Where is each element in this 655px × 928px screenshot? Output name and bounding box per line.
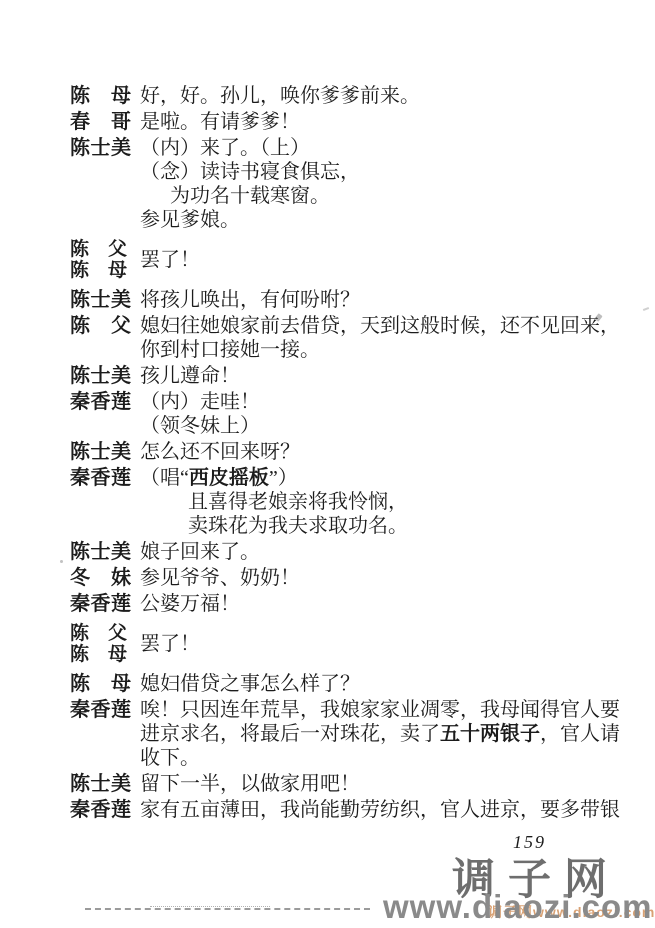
dialogue-segment: ，官人请 [540,723,620,745]
dialogue-entry-joint: 陈 父 陈 母 罢了！ [70,239,626,281]
dialogue-entry: 陈 母 媳妇借贷之事怎么样了？ [70,672,626,696]
speaker-label: 秦香莲 [70,466,132,490]
dialogue-entry: 秦香莲 家有五亩薄田，我尚能勤劳纺织，官人进京，要多带银 [70,798,626,822]
tune-suffix: ”） [269,467,298,489]
speaker-label: 陈士美 [70,136,132,160]
dialogue-line: 进京求名，将最后一对珠花，卖了五十两银子，官人请 [140,722,626,746]
stage-direction-line: （领冬妹上） [140,414,626,438]
tune-prefix: （唱“ [140,467,189,489]
scan-artifact-dotted-line [150,906,270,907]
dialogue-line: 罢了！ [140,632,626,656]
dialogue-line: 媳妇借贷之事怎么样了？ [140,672,626,696]
speaker-label: 陈 母 [70,84,132,108]
sung-verse-line: 且喜得老娘亲将我怜悯， [140,490,626,514]
speaker-label: 春 哥 [70,110,132,134]
speaker-label: 秦香莲 [70,698,132,722]
dialogue-line: 参见爹娘。 [140,208,626,232]
dialogue-text: 罢了！ [140,632,626,656]
dialogue-line: 罢了！ [140,248,626,272]
verse-line: 为功名十载寒窗。 [140,184,626,208]
play-script-text: 陈 母 好，好。孙儿，唤你爹爹前来。 春 哥 是啦。有请爹爹！ 陈士美 （内）来… [70,84,626,824]
dialogue-entry: 陈士美 （内）来了。（上） （念）读诗书寝食俱忘， 为功名十载寒窗。 参见爹娘。 [70,136,626,232]
dialogue-text: 媳妇往她娘家前去借贷，天到这般时候，还不见回来， 你到村口接她一接。 [140,314,626,362]
dialogue-entry: 秦香莲 （唱“西皮摇板”） 且喜得老娘亲将我怜悯， 卖珠花为我夫求取功名。 [70,466,626,538]
dialogue-text: （内）走哇！ （领冬妹上） [140,390,626,438]
speaker-label: 陈士美 [70,364,132,388]
dialogue-line: 娘子回来了。 [140,540,626,564]
tune-direction-line: （唱“西皮摇板”） [140,466,626,490]
dialogue-text: 是啦。有请爹爹！ [140,110,626,134]
dialogue-entry: 春 哥 是啦。有请爹爹！ [70,110,626,134]
dialogue-line: （念）读诗书寝食俱忘， [140,160,626,184]
scan-artifact-dashed-line [85,908,370,910]
dialogue-entry: 秦香莲 （内）走哇！ （领冬妹上） [70,390,626,438]
speaker-label: 冬 妹 [70,566,132,590]
speaker-label: 秦香莲 [70,798,132,822]
dialogue-text: 参见爷爷、奶奶！ [140,566,626,590]
scan-artifact-speck [60,560,63,563]
dialogue-line: （内）来了。（上） [140,136,626,160]
dialogue-text: 好，好。孙儿，唤你爹爹前来。 [140,84,626,108]
dialogue-line: 收下。 [140,746,626,770]
dialogue-text: 将孩儿唤出，有何吩咐？ [140,288,626,312]
dialogue-entry: 秦香莲 公婆万福！ [70,592,626,616]
dialogue-entry-joint: 陈 父 陈 母 罢了！ [70,623,626,665]
speaker-label: 陈 母 [70,672,132,696]
dialogue-line: 将孩儿唤出，有何吩咐？ [140,288,626,312]
speaker-label-stack: 陈 父 陈 母 [70,239,132,281]
speaker-label: 陈士美 [70,288,132,312]
dialogue-text: 媳妇借贷之事怎么样了？ [140,672,626,696]
dialogue-entry: 陈 父 媳妇往她娘家前去借贷，天到这般时候，还不见回来， 你到村口接她一接。 [70,314,626,362]
dialogue-text: （唱“西皮摇板”） 且喜得老娘亲将我怜悯， 卖珠花为我夫求取功名。 [140,466,626,538]
speaker-label: 陈士美 [70,540,132,564]
speaker-label: 陈 父 [70,314,132,338]
dialogue-segment: 进京求名，将最后一对珠花，卖了 [140,723,440,745]
dialogue-text: 唉！只因连年荒旱，我娘家家业凋零，我母闻得官人要 进京求名，将最后一对珠花，卖了… [140,698,626,770]
dialogue-line: 家有五亩薄田，我尚能勤劳纺织，官人进京，要多带银 [140,798,626,822]
dialogue-line: 你到村口接她一接。 [140,338,626,362]
speaker-label: 陈士美 [70,772,132,796]
dialogue-line: 公婆万福！ [140,592,626,616]
dialogue-entry: 陈士美 孩儿遵命！ [70,364,626,388]
dialogue-text: 公婆万福！ [140,592,626,616]
dialogue-entry: 陈士美 将孩儿唤出，有何吩咐？ [70,288,626,312]
watermark-site-url: www.diaozi.com [383,888,652,926]
dialogue-text: 孩儿遵命！ [140,364,626,388]
dialogue-line: 媳妇往她娘家前去借贷，天到这般时候，还不见回来， [140,314,626,338]
speaker-label: 秦香莲 [70,592,132,616]
dialogue-line: 好，好。孙儿，唤你爹爹前来。 [140,84,626,108]
dialogue-entry: 陈 母 好，好。孙儿，唤你爹爹前来。 [70,84,626,108]
dialogue-entry: 陈士美 怎么还不回来呀？ [70,440,626,464]
dialogue-segment-bold: 五十两银子 [440,723,540,745]
dialogue-line: 怎么还不回来呀？ [140,440,626,464]
tune-name: 西皮摇板 [189,467,269,489]
dialogue-line: 留下一半，以做家用吧！ [140,772,626,796]
dialogue-line: 唉！只因连年荒旱，我娘家家业凋零，我母闻得官人要 [140,698,626,722]
speaker-label: 陈 父 [70,239,132,260]
dialogue-line: 孩儿遵命！ [140,364,626,388]
speaker-label: 陈 母 [70,260,132,281]
scan-artifact-speck [643,307,649,311]
speaker-label: 陈士美 [70,440,132,464]
sung-verse-line: 卖珠花为我夫求取功名。 [140,514,626,538]
speaker-label: 秦香莲 [70,390,132,414]
speaker-label-stack: 陈 父 陈 母 [70,623,132,665]
speaker-label: 陈 父 [70,623,132,644]
dialogue-entry: 陈士美 娘子回来了。 [70,540,626,564]
dialogue-line: 是啦。有请爹爹！ [140,110,626,134]
dialogue-text: 娘子回来了。 [140,540,626,564]
speaker-label: 陈 母 [70,644,132,665]
dialogue-line: 参见爷爷、奶奶！ [140,566,626,590]
dialogue-entry: 秦香莲 唉！只因连年荒旱，我娘家家业凋零，我母闻得官人要 进京求名，将最后一对珠… [70,698,626,770]
dialogue-entry: 陈士美 留下一半，以做家用吧！ [70,772,626,796]
dialogue-text: 留下一半，以做家用吧！ [140,772,626,796]
dialogue-text: （内）来了。（上） （念）读诗书寝食俱忘， 为功名十载寒窗。 参见爹娘。 [140,136,626,232]
dialogue-text: 怎么还不回来呀？ [140,440,626,464]
scanned-book-page: 陈 母 好，好。孙儿，唤你爹爹前来。 春 哥 是啦。有请爹爹！ 陈士美 （内）来… [0,0,655,928]
dialogue-line: （内）走哇！ [140,390,626,414]
dialogue-entry: 冬 妹 参见爷爷、奶奶！ [70,566,626,590]
dialogue-text: 家有五亩薄田，我尚能勤劳纺织，官人进京，要多带银 [140,798,626,822]
dialogue-text: 罢了！ [140,248,626,272]
